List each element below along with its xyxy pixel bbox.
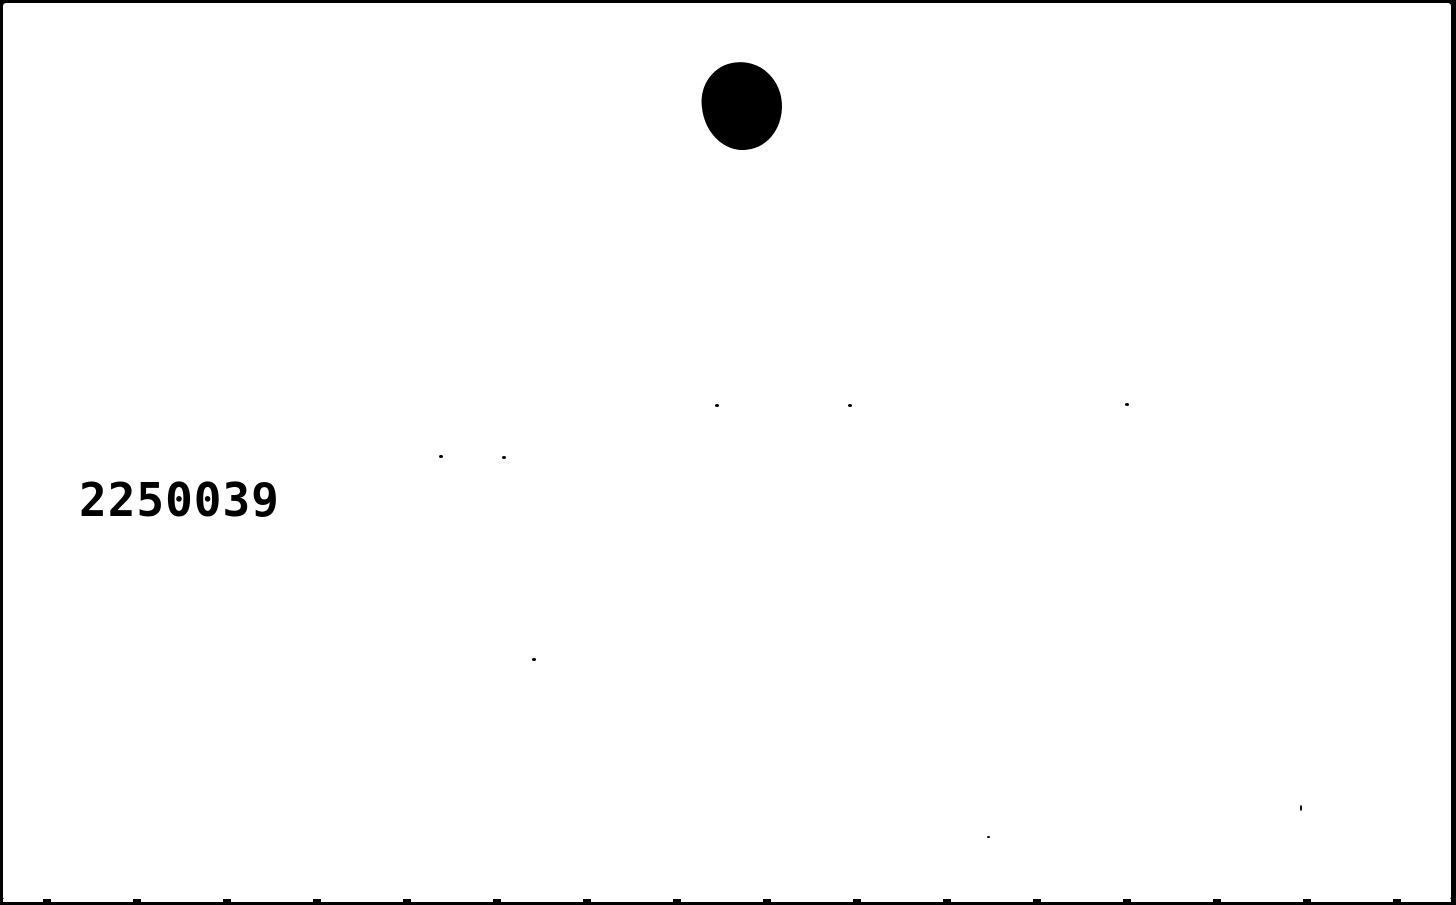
speck	[502, 456, 506, 459]
speck	[1125, 403, 1129, 406]
card-bottom-edge	[3, 899, 1451, 902]
speck	[1300, 805, 1302, 811]
card-number: 2250039	[79, 473, 280, 527]
speck	[715, 404, 719, 407]
speck	[532, 658, 536, 661]
speck	[439, 455, 443, 458]
punch-hole-icon	[698, 58, 787, 154]
index-card: 2250039	[3, 3, 1451, 900]
speck	[987, 836, 990, 838]
speck	[848, 404, 852, 407]
